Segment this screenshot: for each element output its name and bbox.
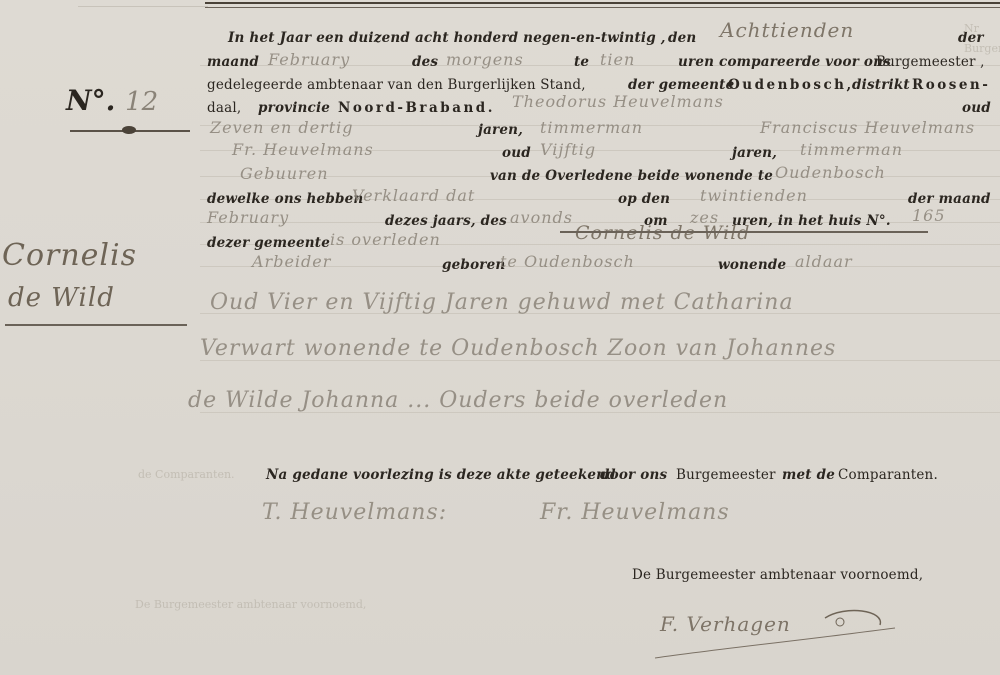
printed-line-2e: Burgemeester , [876,54,985,70]
printed-line-9c: uren, in het huis N°. [732,213,891,229]
printed-line-1a: In het Jaar een duizend acht honderd neg… [228,30,666,46]
printed-line-3c: Oudenbosch, [728,77,854,93]
handwritten-deceased-name: Cornelis de Wild [575,222,750,244]
faint-rule [78,6,208,7]
bleed-text: De Burgemeester ambtenaar voornoemd, [135,598,366,611]
printed-line-11a: geboren [442,257,505,273]
closing-line-e: Comparanten. [838,467,938,483]
name-underline [560,231,928,233]
closing-line-d: met de [782,467,835,483]
printed-line-8c: der maand [908,191,991,207]
handwritten-residence: Oudenbosch [775,163,886,182]
printed-line-6b: jaren, [732,145,777,161]
margin-rule [5,324,187,326]
printed-line-4b: provincie [258,100,330,116]
printed-line-2a: maand [207,54,259,70]
ornament-dot [122,126,136,134]
handwritten-declared: Verklaard dat [352,186,475,205]
handwritten-narrative-1: Oud Vier en Vijftig Jaren gehuwd met Cat… [210,290,794,315]
handwritten-death-time: avonds [510,208,573,227]
printed-line-3d: distrikt [852,77,910,93]
signature-declarant-2: Fr. Heuvelmans [540,500,730,525]
handwritten-house-number: 165 [912,206,946,225]
record-number-label: N°. [66,84,115,117]
handwritten-narrative-2: Verwart wonende te Oudenbosch Zoon van J… [200,336,836,361]
printed-line-10a: dezer gemeente [207,235,330,251]
printed-line-11b: wonende [718,257,786,273]
printed-line-4c: Noord-Braband. [338,100,495,116]
mayor-title: De Burgemeester ambtenaar voornoemd, [632,567,923,583]
printed-line-5a: jaren, [478,122,523,138]
handwritten-declarant2-age: Vijftig [540,140,596,159]
printed-line-2b: des [412,54,438,70]
printed-line-8a: dewelke ons hebben [207,191,363,207]
handwritten-declarant2-name: Franciscus Heuvelmans [760,118,975,137]
bleed-text: Nr [964,22,979,35]
closing-line-c: Burgemeester [676,467,776,483]
handwritten-declarant1-occupation: timmerman [540,118,643,137]
printed-line-3a: gedelegeerde ambtenaar van den Burgerlij… [207,77,586,93]
printed-line-3b: der gemeente [628,77,734,93]
printed-line-2d: uren compareerde voor ons [678,54,891,70]
handwritten-hour: tien [600,50,635,69]
handwritten-birthplace: te Oudenbosch [500,252,635,271]
handwritten-declarant1-age: Zeven en dertig [210,118,354,137]
handwritten-declarant1-name: Theodorus Heuvelmans [512,92,724,111]
printed-line-2c: te [574,54,589,70]
handwritten-date-day: Achttienden [720,18,854,42]
closing-line-a: Na gedane voorlezing is deze akte geteek… [266,467,616,483]
margin-name-last: de Wild [8,283,115,313]
handwritten-relation: Gebuuren [240,164,329,183]
signature-flourish-icon [645,600,905,660]
printed-line-4d: oud [962,100,991,116]
printed-line-3e: Roosen- [912,77,990,93]
header-rule [205,2,1000,8]
closing-line-b: door ons [600,467,667,483]
handwritten-deceased-occupation: Arbeider [252,252,331,271]
handwritten-residing: aldaar [795,252,853,271]
bleed-text: de Comparanten. [138,468,235,481]
handwritten-time-of-day: morgens [446,50,524,69]
bleed-text: Burgemeester, [964,42,1000,55]
handwritten-deceased-intro: is overleden [330,230,441,249]
handwritten-death-month: February [207,208,289,227]
handwritten-death-day: twintienden [700,186,808,205]
handwritten-month: February [268,50,350,69]
margin-name-first: Cornelis [2,238,137,273]
printed-line-6a: oud [502,145,531,161]
record-number: N°. 12 [66,84,158,117]
printed-line-8b: op den [618,191,670,207]
document-page: N°. 12 Cornelis de Wild In het Jaar een … [0,0,1000,675]
printed-line-9a: dezes jaars, des [385,213,507,229]
printed-line-7a: van de Overledene beide wonende te [490,168,773,184]
printed-line-4a: daal, [207,100,241,116]
handwritten-declarant2-occupation: timmerman [800,140,903,159]
handwritten-declarant2-surname: Fr. Heuvelmans [232,140,374,159]
handwritten-narrative-3: de Wilde Johanna ... Ouders beide overle… [188,388,728,413]
record-number-value: 12 [125,87,158,117]
signature-declarant-1: T. Heuvelmans: [262,500,447,525]
printed-line-1b: den [668,30,696,46]
